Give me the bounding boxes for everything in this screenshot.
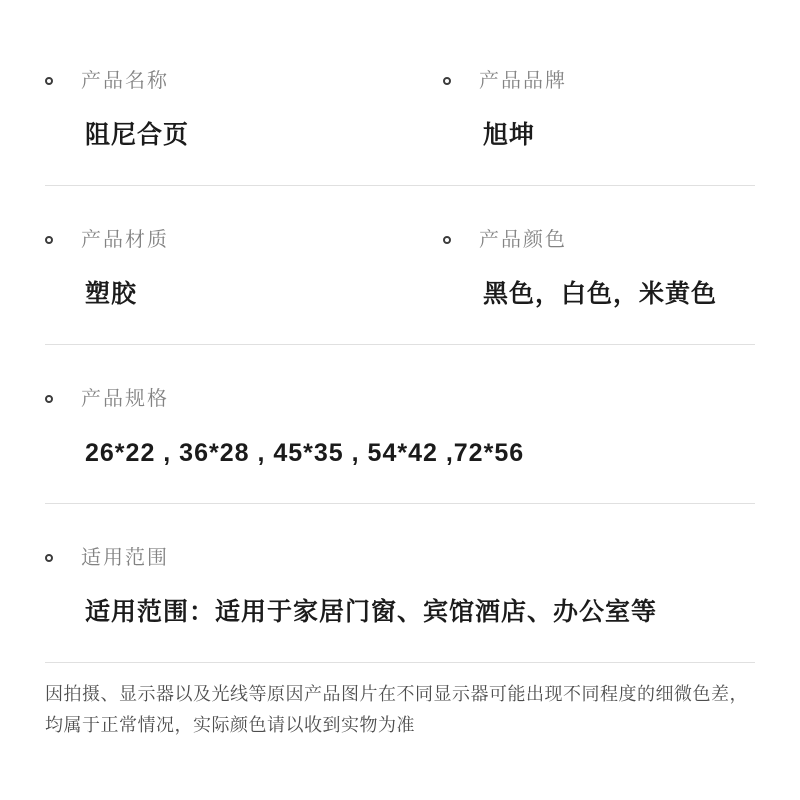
- bullet-icon: [443, 77, 451, 85]
- spec-value: 阻尼合页: [85, 119, 443, 151]
- spec-item-color: 产品颜色 黑色，白色，米黄色: [443, 226, 755, 310]
- spec-label: 产品材质: [81, 226, 169, 254]
- spec-value: 塑胶: [85, 278, 443, 310]
- spec-item-material: 产品材质 塑胶: [45, 226, 443, 310]
- bullet-icon: [45, 554, 53, 562]
- spec-row: 产品名称 阻尼合页 产品品牌 旭坤: [45, 27, 755, 185]
- bullet-icon: [45, 395, 53, 403]
- spec-value: 黑色，白色，米黄色: [483, 278, 755, 310]
- product-spec-panel: 产品名称 阻尼合页 产品品牌 旭坤 产品材质 塑胶 产品颜色 黑色: [0, 0, 800, 800]
- spec-label-line: 产品品牌: [443, 67, 755, 95]
- spec-value: 26*22 , 36*28 , 45*35 , 54*42 ,72*56: [85, 437, 755, 469]
- spec-label: 产品规格: [81, 385, 169, 413]
- spec-item-size: 产品规格 26*22 , 36*28 , 45*35 , 54*42 ,72*5…: [45, 385, 755, 469]
- spec-value: 适用范围：适用于家居门窗、宾馆酒店、办公室等: [85, 596, 755, 628]
- bullet-icon: [443, 236, 451, 244]
- spec-row: 产品规格 26*22 , 36*28 , 45*35 , 54*42 ,72*5…: [45, 345, 755, 503]
- spec-label-line: 产品材质: [45, 226, 443, 254]
- spec-value: 旭坤: [483, 119, 755, 151]
- spec-label: 产品颜色: [479, 226, 567, 254]
- spec-label-line: 产品规格: [45, 385, 755, 413]
- bullet-icon: [45, 236, 53, 244]
- spec-label-line: 适用范围: [45, 544, 755, 572]
- spec-label-line: 产品颜色: [443, 226, 755, 254]
- bullet-icon: [45, 77, 53, 85]
- spec-label: 产品品牌: [479, 67, 567, 95]
- page-footer: 因拍摄、显示器以及光线等原因产品图片在不同显示器可能出现不同程度的细微色差，均属…: [45, 663, 755, 741]
- spec-item-brand: 产品品牌 旭坤: [443, 67, 755, 151]
- spec-label-line: 产品名称: [45, 67, 443, 95]
- spec-row: 产品材质 塑胶 产品颜色 黑色，白色，米黄色: [45, 186, 755, 344]
- footer-disclaimer: 因拍摄、显示器以及光线等原因产品图片在不同显示器可能出现不同程度的细微色差，均属…: [45, 679, 757, 741]
- spec-item-scope: 适用范围 适用范围：适用于家居门窗、宾馆酒店、办公室等: [45, 544, 755, 628]
- spec-label: 产品名称: [81, 67, 169, 95]
- spec-item-product-name: 产品名称 阻尼合页: [45, 67, 443, 151]
- spec-row: 适用范围 适用范围：适用于家居门窗、宾馆酒店、办公室等: [45, 504, 755, 662]
- spec-label: 适用范围: [81, 544, 169, 572]
